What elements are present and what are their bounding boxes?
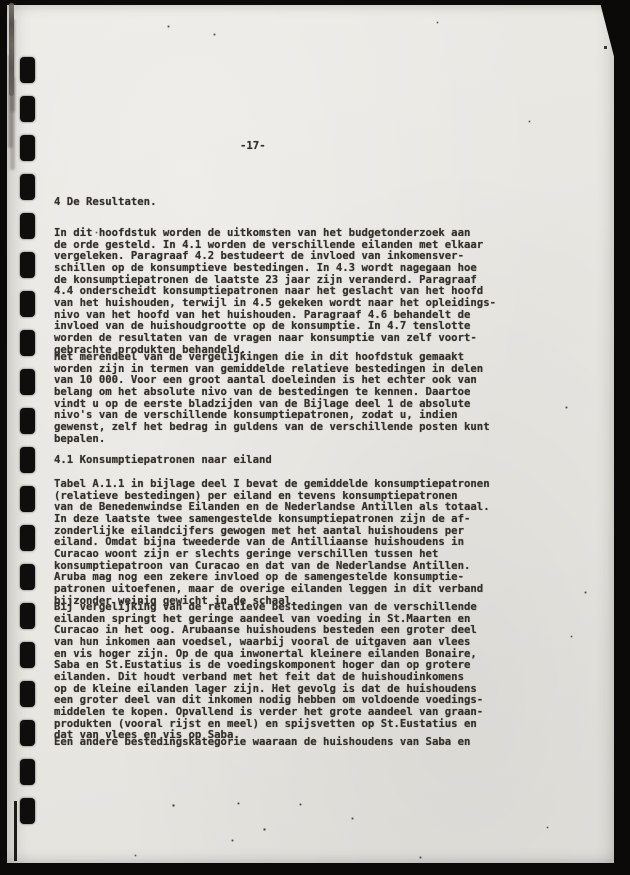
chapter-heading: 4 De Resultaten. [54,196,157,208]
binding-hole [20,252,35,278]
binding-hole [20,642,35,668]
section-heading: 4.1 Konsumptiepatronen naar eiland [54,454,272,466]
binding-hole [20,486,35,512]
binding-hole [20,135,35,161]
binding-hole [20,798,35,824]
paragraph-food-share: Bij vergelijking van de relatieve bested… [54,601,483,741]
binding-hole [20,213,35,239]
binding-hole [20,291,35,317]
page-number: -17- [240,140,266,152]
binding-hole [20,525,35,551]
binding-hole [20,564,35,590]
binding-hole [20,369,35,395]
binding-hole [20,330,35,356]
binding-hole [20,447,35,473]
binding-hole [20,96,35,122]
binding-hole [20,408,35,434]
binding-hole [20,174,35,200]
binding-hole [20,720,35,746]
paragraph-methodology: Het merendeel van de vergelijkingen die … [54,351,490,444]
binding-hole [20,759,35,785]
scanned-page: -17- 4 De Resultaten. In dit hoofdstuk w… [0,0,630,875]
paragraph-other-category: Een andere bestedingskategorie waaraan d… [54,736,470,748]
binding-hole [20,681,35,707]
paragraph-island-patterns: Tabel A.1.1 in bijlage deel I bevat de g… [54,478,490,606]
binding-hole [20,603,35,629]
binding-hole [20,57,35,83]
paragraph-intro: In dit hoofdstuk worden de uitkomsten va… [54,227,496,355]
dust-specks [0,0,1,1]
underlying-page-edge [14,801,17,861]
pen-smudge-mark [9,3,14,96]
